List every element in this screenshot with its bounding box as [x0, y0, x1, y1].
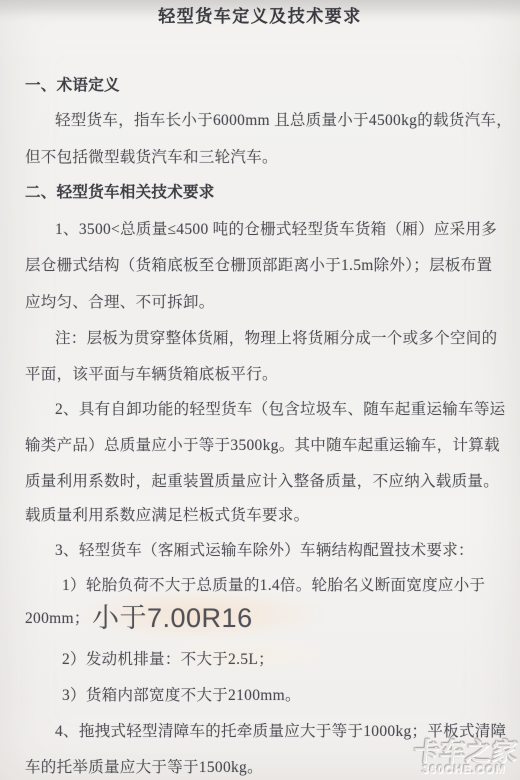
doc-line: 1、3500<总质量≤4500 吨的仓栅式轻型货车货箱（厢）应采用多 — [55, 217, 497, 239]
doc-line: 200mm； — [25, 606, 90, 628]
doc-line-note: 平面，该平面与车辆货箱底板平行。 — [25, 362, 278, 384]
watermark-brand-logo: 卡车之家 — [412, 740, 519, 764]
watermark-site-url: 360CHE.COM — [411, 764, 516, 776]
section-heading-terms: 一、术语定义 — [25, 73, 120, 95]
doc-line: 2）发动机排量：不大于2.5L； — [62, 647, 274, 669]
doc-line: 3）货箱内部宽度不大于2100mm。 — [62, 683, 301, 705]
watermark: 卡车之家 360CHE.COM — [411, 740, 519, 776]
doc-line: 载质量利用系数应满足栏板式货车要求。 — [25, 503, 309, 525]
doc-line: 轻型货车，指车长小于6000mm 且总质量小于4500kg的载货汽车， — [55, 108, 512, 130]
doc-line: 但不包括微型载货汽车和三轮汽车。 — [25, 145, 278, 167]
doc-line: 3、轻型货车（客厢式运输车除外）车辆结构配置技术要求： — [55, 538, 474, 560]
doc-line-note: 注：层板为贯穿整体货厢，物理上将货厢分成一个或多个空间的 — [55, 326, 497, 348]
doc-line: 1）轮胎负荷不大于总质量的1.4倍。轮胎名义断面宽度应小于 — [62, 573, 485, 595]
doc-line: 质量利用系数时，起重装置质量应计入整备质量，不应纳入载质量。 — [25, 469, 499, 491]
doc-line: 层仓栅式结构（货箱底板至仓栅顶部距离小于1.5m除外）；层板布置 — [25, 253, 492, 275]
tire-size-annotation: 小于7.00R16 — [92, 596, 253, 635]
page-title: 轻型货车定义及技术要求 — [0, 2, 520, 27]
doc-line: 输类产品）总质量应小于等于3500kg。其中随车起重运输车，计算载 — [25, 433, 500, 455]
doc-line: 车的托举质量应大于等于1500kg。 — [25, 755, 263, 777]
doc-line: 应均匀、合理、不可拆卸。 — [25, 290, 215, 312]
doc-line: 2、具有自卸功能的轻型货车（包含垃圾车、随车起重运输车等运 — [55, 397, 505, 419]
section-heading-tech-req: 二、轻型货车相关技术要求 — [25, 180, 215, 202]
document-page: 轻型货车定义及技术要求 一、术语定义 轻型货车，指车长小于6000mm 且总质量… — [0, 0, 520, 780]
